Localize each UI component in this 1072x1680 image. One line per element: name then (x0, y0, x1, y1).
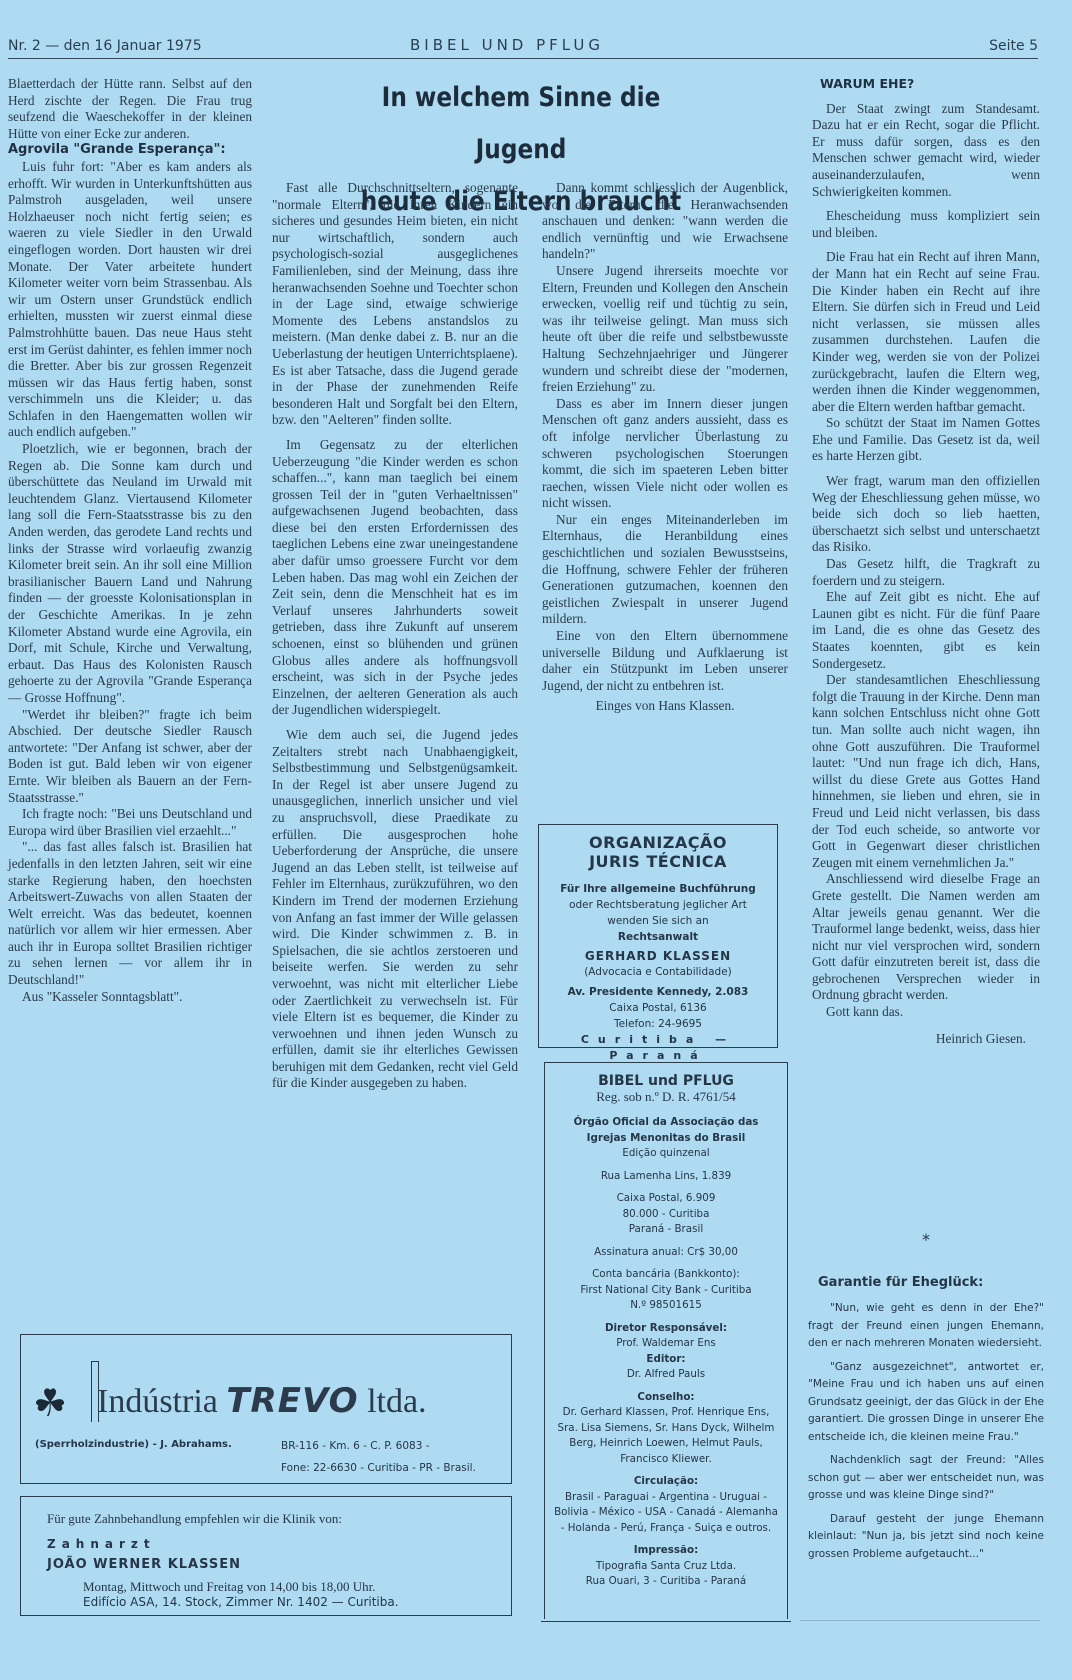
paragraph: Ich fragte noch: "Bei uns Deutschland un… (8, 806, 252, 839)
imprint-circulation: Brasil - Paraguai - Argentina - Uruguai … (545, 1490, 787, 1537)
source-credit: Aus "Kasseler Sonntagsblatt". (8, 989, 252, 1006)
ad-name-suffix: ltda. (359, 1383, 427, 1420)
ad-juris-tecnica: ORGANIZAÇÃO JURIS TÉCNICA Für Ihre allge… (538, 824, 778, 1048)
column-jugend-1: Fast alle Durchschnittseltern, sogenante… (272, 180, 518, 1092)
ad-address-line: Fone: 22-6630 - Curitiba - PR - Brasil. (281, 1457, 476, 1479)
section-subhead: Agrovila "Grande Esperança": (8, 142, 252, 159)
ad-phone: Telefon: 24-9695 (539, 1016, 777, 1032)
paragraph: Fast alle Durchschnittseltern, sogenante… (272, 180, 518, 429)
paragraph: So schützt der Staat im Namen Gottes Ehe… (812, 415, 1040, 465)
ad-trevo: ☘ Indústria TREVO ltda. (Sperrholzindust… (20, 1334, 512, 1484)
author-signature: Heinrich Giesen. (812, 1031, 1040, 1048)
paragraph: Blaetterdach der Hütte rann. Selbst auf … (8, 76, 252, 142)
paragraph: Wer fragt, warum man den offiziellen Weg… (812, 473, 1040, 556)
ad-brand: TREVO (226, 1381, 358, 1421)
paragraph: Nur ein enges Miteinanderleben im Eltern… (542, 512, 788, 628)
bottom-rule (800, 1620, 1040, 1621)
paragraph: Dass es aber im Innern dieser jungen Men… (542, 396, 788, 512)
imprint-printer-address: Rua Ouari, 3 - Curitiba - Paraná (545, 1574, 787, 1590)
paragraph: Dann kommt schliesslich der Augenblick, … (542, 180, 788, 263)
imprint-label: Conselho: (545, 1390, 787, 1406)
header-rule (8, 58, 1038, 59)
paragraph: Ploetzlich, wie er begonnen, brach der R… (8, 441, 252, 707)
imprint-registration: Reg. sob n.º D. R. 4761/54 (545, 1089, 787, 1105)
imprint-bank: First National City Bank - Curitiba (545, 1283, 787, 1299)
imprint-edition: Edição quinzenal (545, 1146, 787, 1162)
ad-line: (Advocacia e Contabilidade) (539, 964, 777, 980)
paragraph: Ehe auf Zeit gibt es nicht. Ehe auf Laun… (812, 589, 1040, 672)
ad-address: BR-116 - Km. 6 - C. P. 6083 - Fone: 22-6… (281, 1435, 476, 1479)
paragraph: Gott kann das. (812, 1004, 1040, 1021)
paragraph: Der Staat zwingt zum Standesamt. Dazu ha… (812, 101, 1040, 201)
ad-pobox: Caixa Postal, 6136 (539, 1000, 777, 1016)
imprint-account: N.º 98501615 (545, 1298, 787, 1314)
paragraph: Eine von den Eltern übernommene universe… (542, 628, 788, 694)
paragraph: Die Frau hat ein Recht auf ihren Mann, d… (812, 249, 1040, 415)
imprint-org: Igrejas Menonitas do Brasil (545, 1131, 787, 1147)
imprint-printer: Tipografia Santa Cruz Ltda. (545, 1559, 787, 1575)
imprint-bank-label: Conta bancária (Bankkonto): (545, 1267, 787, 1283)
paragraph: Wie dem auch sei, die Jugend jedes Zeita… (272, 727, 518, 1092)
paragraph: Im Gegensatz zu der elterlichen Ueberzeu… (272, 437, 518, 719)
issue-date: Nr. 2 — den 16 Januar 1975 (8, 38, 202, 54)
imprint-label: Editor: (545, 1352, 787, 1368)
separator-star-icon: * (808, 1230, 1044, 1249)
column-jugend-2: Dann kommt schliesslich der Augenblick, … (542, 180, 788, 715)
page-number: Seite 5 (989, 38, 1038, 54)
ad-intro: Für gute Zahnbehandlung empfehlen wir di… (47, 1511, 342, 1527)
ad-name: GERHARD KLASSEN (539, 948, 777, 964)
ad-subtitle: (Sperrholzindustrie) - J. Abrahams. (35, 1439, 232, 1450)
paragraph: Unsere Jugend ihrerseits moechte vor Elt… (542, 263, 788, 396)
masthead: BIBEL UND PFLUG (410, 36, 604, 54)
ad-zahnarzt: Für gute Zahnbehandlung empfehlen wir di… (20, 1496, 512, 1616)
ad-address-line: BR-116 - Km. 6 - C. P. 6083 - (281, 1435, 476, 1457)
paragraph: "Werdet ihr bleiben?" fragte ich beim Ab… (8, 707, 252, 807)
newspaper-page: Nr. 2 — den 16 Januar 1975 BIBEL UND PFL… (0, 0, 1072, 1680)
imprint-director: Prof. Waldemar Ens (545, 1336, 787, 1352)
imprint-org: Órgão Oficial da Associação das (545, 1115, 787, 1131)
imprint-zip: 80.000 - Curitiba (545, 1207, 787, 1223)
ad-hours: Montag, Mittwoch und Freitag von 14,00 b… (83, 1579, 376, 1595)
author-signature: Einges von Hans Klassen. (542, 698, 788, 715)
ad-title: Zahnarzt (47, 1537, 156, 1551)
ad-title: ORGANIZAÇÃO (539, 833, 777, 852)
clover-logo-icon: ☘ (33, 1381, 67, 1425)
column-agrovila: Blaetterdach der Hütte rann. Selbst auf … (8, 76, 252, 1005)
paragraph: "Nun, wie geht es denn in der Ehe?" frag… (808, 1300, 1044, 1353)
column-warum-ehe: WARUM EHE? Der Staat zwingt zum Standesa… (812, 76, 1040, 1047)
paragraph: Nachdenklich sagt der Freund: "Alles sch… (808, 1452, 1044, 1505)
ad-line: oder Rechtsberatung jeglicher Art (539, 897, 777, 913)
ad-address: Edifício ASA, 14. Stock, Zimmer Nr. 1402… (83, 1595, 399, 1609)
paragraph: Anschliessend wird dieselbe Frage an Gre… (812, 871, 1040, 1004)
paragraph: "Ganz ausgezeichnet", antwortet er, "Mei… (808, 1359, 1044, 1447)
ad-city: Curitiba — Paraná (539, 1032, 777, 1064)
section-subhead: WARUM EHE? (820, 76, 1040, 93)
imprint-rule (541, 1621, 791, 1623)
paragraph: Der standesamtlichen Eheschliessung folg… (812, 672, 1040, 871)
ad-name-prefix: Indústria (97, 1383, 226, 1420)
ad-company-name: Indústria TREVO ltda. (97, 1381, 427, 1421)
imprint-pobox: Caixa Postal, 6.909 (545, 1191, 787, 1207)
headline-line-1: In welchem Sinne die Jugend (350, 72, 692, 176)
imprint-label: Circulação: (545, 1474, 787, 1490)
imprint-state: Paraná - Brasil (545, 1222, 787, 1238)
imprint-title: BIBEL und PFLUG (545, 1073, 787, 1089)
imprint-subscription: Assinatura anual: Cr$ 30,00 (545, 1245, 787, 1261)
anecdote-eheglueck: * Garantie für Eheglück: "Nun, wie geht … (808, 1228, 1044, 1622)
anecdote-title: Garantie für Eheglück: (818, 1275, 1044, 1290)
ad-line: wenden Sie sich an (539, 913, 777, 929)
ad-title: JURIS TÉCNICA (539, 852, 777, 871)
paragraph: Darauf gesteht der junge Ehemann kleinla… (808, 1511, 1044, 1564)
imprint-council: Dr. Gerhard Klassen, Prof. Henrique Ens,… (545, 1405, 787, 1467)
imprint-label: Diretor Responsável: (545, 1321, 787, 1337)
imprint-label: Impressão: (545, 1543, 787, 1559)
ad-name: JOÃO WERNER KLASSEN (47, 1557, 241, 1572)
ad-address: Av. Presidente Kennedy, 2.083 (539, 984, 777, 1000)
paragraph: Ehescheidung muss kompliziert sein und b… (812, 208, 1040, 241)
page-header: Nr. 2 — den 16 Januar 1975 BIBEL UND PFL… (8, 36, 1038, 58)
imprint-box: BIBEL und PFLUG Reg. sob n.º D. R. 4761/… (544, 1062, 788, 1619)
paragraph: Luis fuhr fort: "Aber es kam anders als … (8, 159, 252, 441)
imprint-street: Rua Lamenha Lins, 1.839 (545, 1169, 787, 1185)
ad-line: Rechtsanwalt (539, 929, 777, 945)
paragraph: "... das fast alles falsch ist. Brasilie… (8, 839, 252, 988)
ad-line: Für Ihre allgemeine Buchführung (539, 881, 777, 897)
paragraph: Das Gesetz hilft, die Tragkraft zu foerd… (812, 556, 1040, 589)
anecdote-text: "Nun, wie geht es denn in der Ehe?" frag… (808, 1300, 1044, 1563)
imprint-editor: Dr. Alfred Pauls (545, 1367, 787, 1383)
